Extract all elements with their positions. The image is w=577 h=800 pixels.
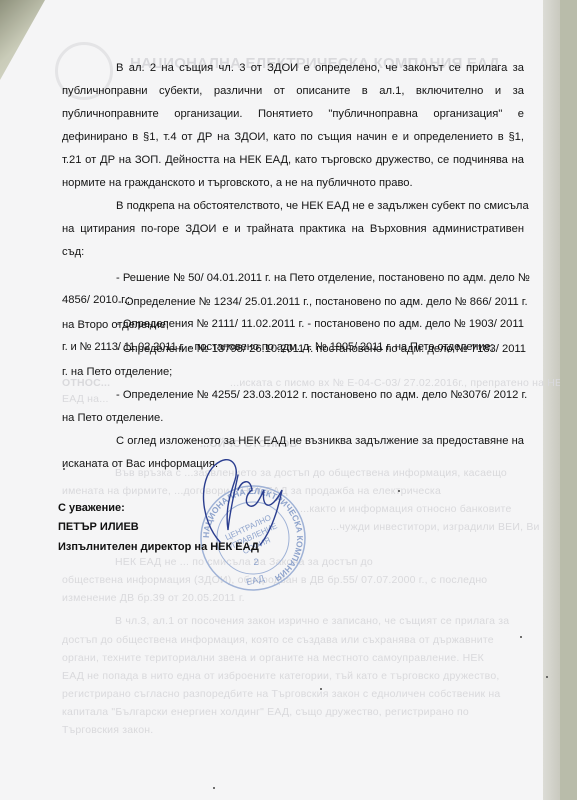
scan-speck bbox=[63, 468, 65, 470]
ruling-item-cont: на Пето отделение. bbox=[62, 412, 524, 424]
bleed-through-line: ...иската с писмо вх № Е-04-С-03/ 27.02.… bbox=[230, 377, 569, 389]
page-edge bbox=[543, 0, 560, 800]
text-line: публичноправните организации. Понятието … bbox=[62, 108, 524, 120]
svg-text:ЕАД: ЕАД bbox=[245, 573, 265, 587]
bleed-through-line: органи, техните териториални звена и орг… bbox=[62, 652, 484, 664]
text-line: публичноправни субекти, различни от опис… bbox=[62, 85, 524, 97]
bleed-through-line: ...чужди инвеститори, изградили ВЕИ, Ви bbox=[330, 521, 540, 533]
text-line: съд: bbox=[62, 246, 524, 258]
scan-speck bbox=[520, 636, 522, 638]
bleed-through-line: достъп до обществена информация, която с… bbox=[62, 634, 494, 646]
bleed-through-line: ОТНОС... bbox=[62, 377, 110, 389]
ruling-item-cont: г. на Пето отделение; bbox=[62, 366, 524, 378]
ruling-item: - Определение № 4255/ 23.03.2012 г. пост… bbox=[62, 389, 524, 401]
svg-text:2: 2 bbox=[253, 557, 258, 567]
scan-speck bbox=[320, 688, 322, 690]
bleed-through-line: регистрирано съгласно разпоредбите на Тъ… bbox=[62, 688, 500, 700]
ruling-item: - Определение № 1234/ 25.01.2011 г., пос… bbox=[62, 296, 524, 308]
bleed-through-line: изменение ДВ бр.39 от 20.05.2011 г. bbox=[62, 592, 245, 604]
bleed-through-line: ЕАД не попада в нито една от изброените … bbox=[62, 670, 500, 682]
signatory-name: ПЕТЪР ИЛИЕВ bbox=[58, 521, 139, 533]
ruling-item: - Решение № 50/ 04.01.2011 г. на Пето от… bbox=[62, 272, 524, 284]
bleed-through-line: Търговския закон. bbox=[62, 724, 153, 736]
bleed-through-line: капитала "Български енергиен холдинг" ЕА… bbox=[62, 706, 469, 718]
scan-speck bbox=[213, 787, 215, 789]
text-line: нормите на гражданското и търговското, а… bbox=[62, 177, 524, 189]
text-line: на цитирания по-горе ЗДОИ е и трайната п… bbox=[62, 223, 524, 235]
text-line: В ал. 2 на същия чл. 3 от ЗДОИ е определ… bbox=[62, 62, 524, 74]
handwritten-signature-icon bbox=[180, 450, 300, 550]
ruling-item: - Определение № 13798/ 26.10.2011 г. пос… bbox=[62, 343, 524, 355]
bleed-through-line: В чл.3, ал.1 от посочения закон изрично … bbox=[115, 615, 509, 627]
text-line: В подкрепа на обстоятелството, че НЕК ЕА… bbox=[62, 200, 524, 212]
scan-speck bbox=[398, 490, 400, 492]
signatory-title: Изпълнителен директор на НЕК ЕАД bbox=[58, 541, 259, 553]
scan-speck bbox=[546, 676, 548, 678]
text-line: т.21 от ДР на ЗОП. Дейността на НЕК ЕАД,… bbox=[62, 154, 524, 166]
conclusion-line: С оглед изложеното за НЕК ЕАД не възникв… bbox=[62, 435, 524, 447]
ruling-item-cont: на Второ отделение; bbox=[62, 319, 524, 331]
bleed-through-line: ...както и информация относно банковите bbox=[300, 503, 511, 515]
closing-salutation: С уважение: bbox=[58, 502, 125, 514]
text-line: дефинирано в §1, т.4 от ДР на ЗДОИ, като… bbox=[62, 131, 524, 143]
